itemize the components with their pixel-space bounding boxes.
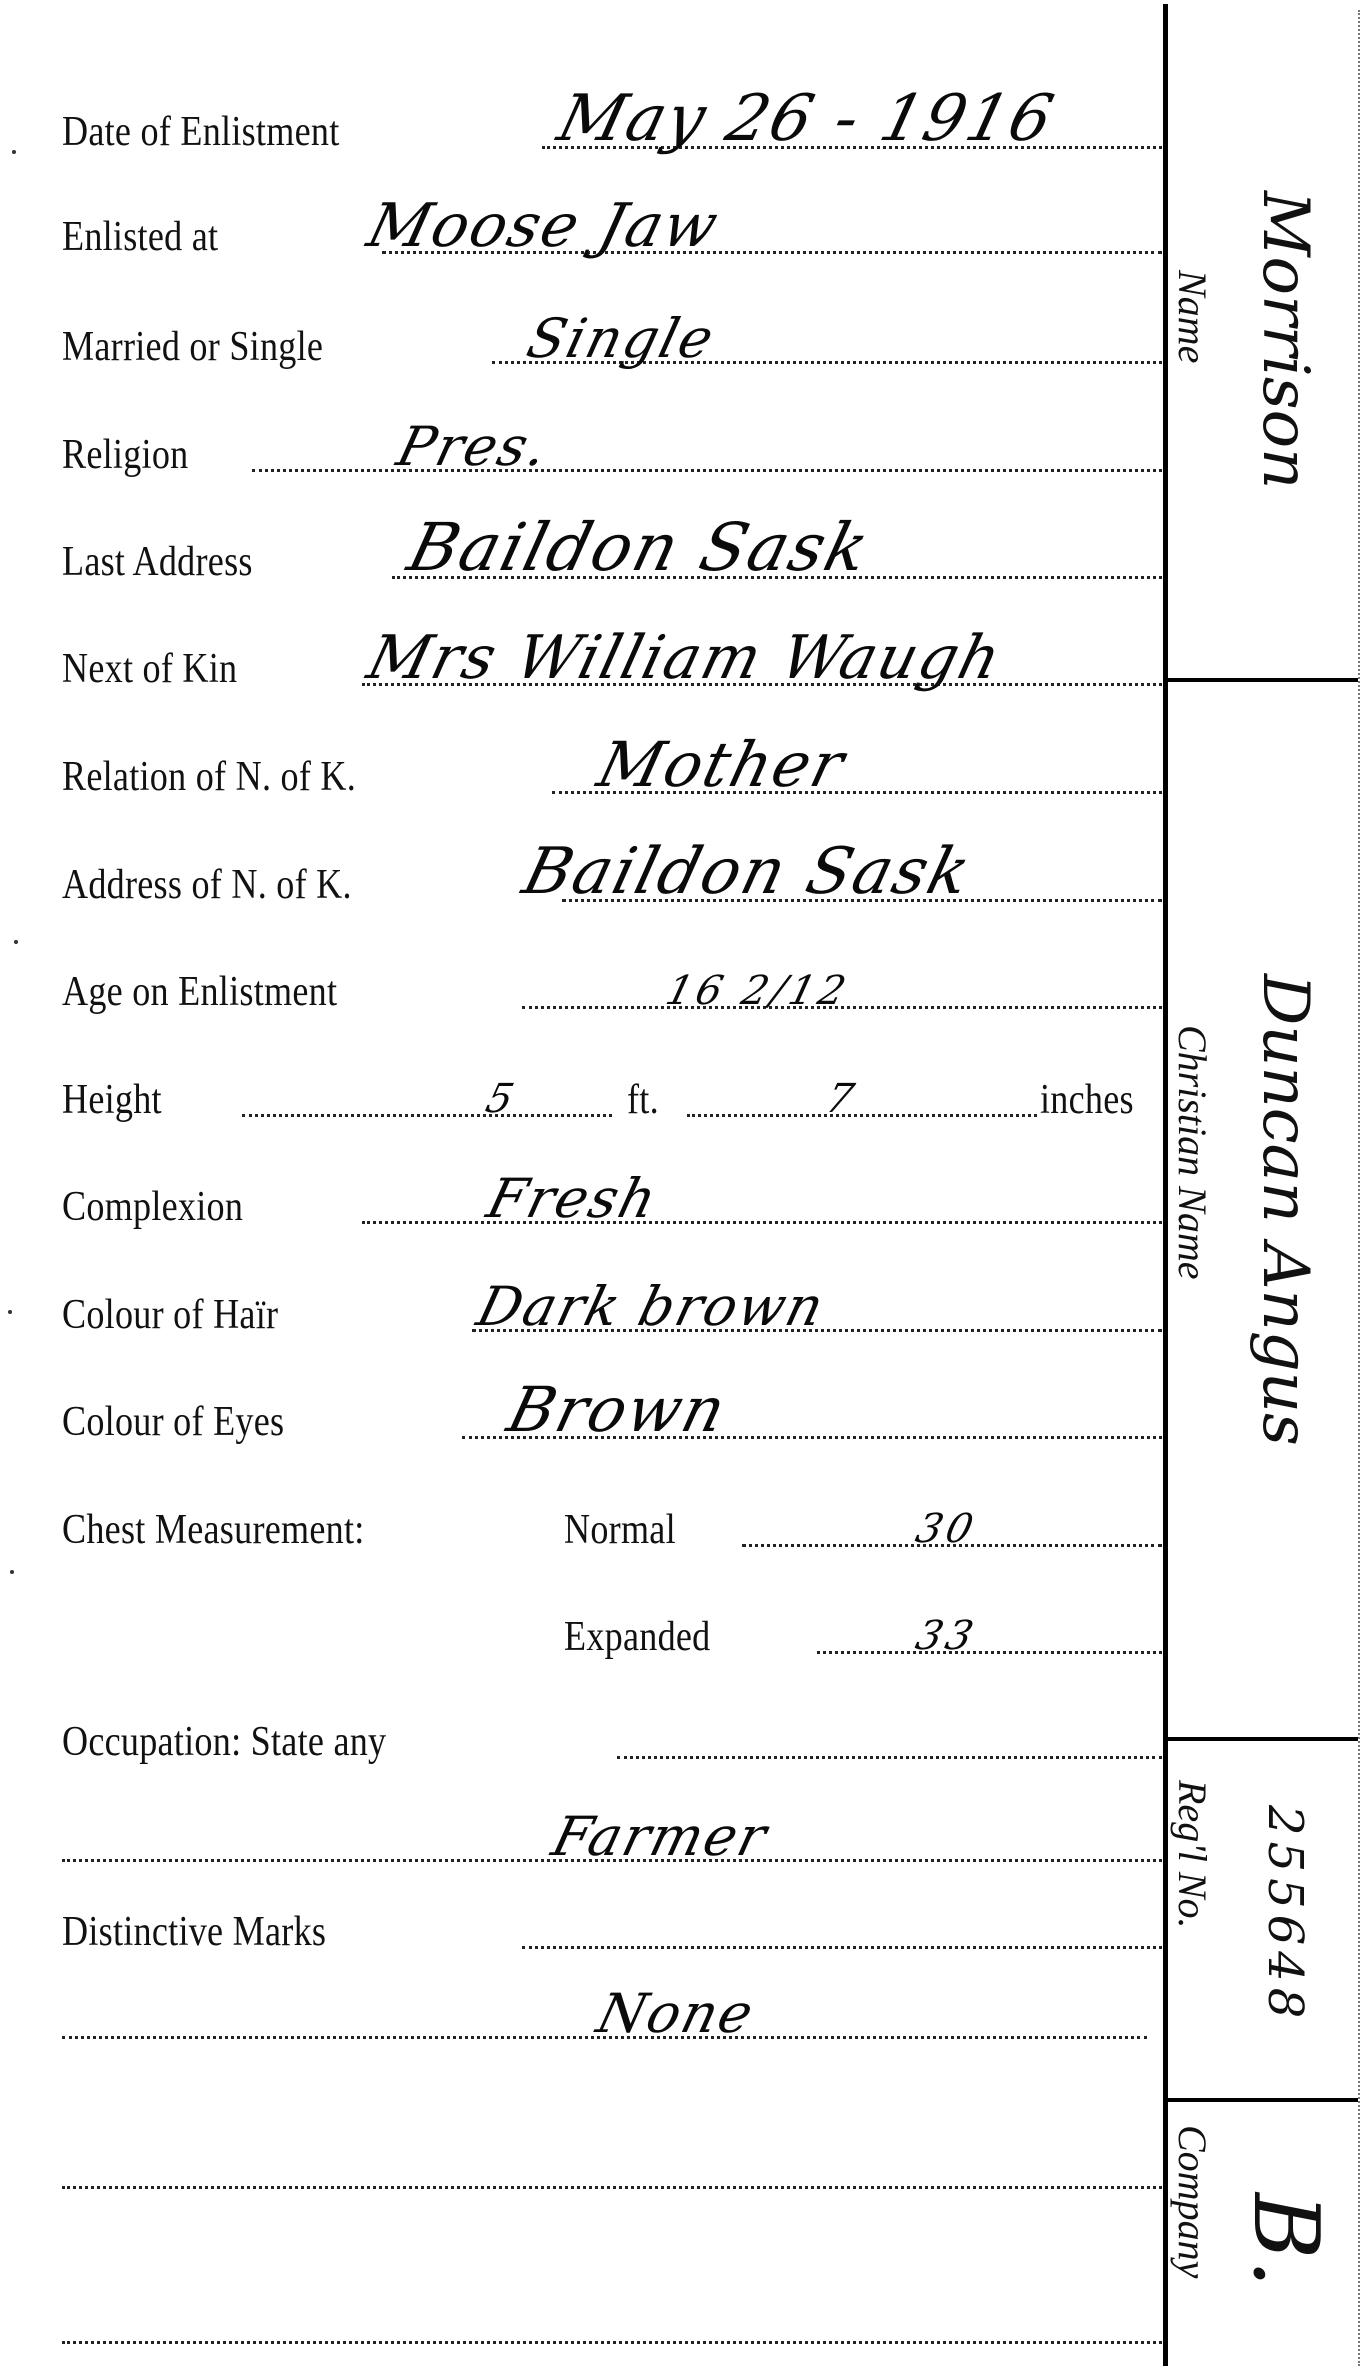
field-chest-normal: Chest Measurement: Normal 30 — [62, 1493, 1162, 1553]
side-regl-no-value: 255648 — [1230, 1745, 1340, 2085]
field-chest-expanded: Expanded 33 — [62, 1600, 1162, 1660]
field-value: Baildon Sask — [517, 840, 978, 904]
field-value: Pres. — [392, 420, 554, 474]
field-value: Mrs William Waugh — [362, 628, 1008, 688]
height-inches-value: 7 — [822, 1079, 861, 1119]
divider-name — [1168, 678, 1358, 682]
field-value: May 26 - 1916 — [552, 87, 1061, 151]
side-name-label: Name — [1172, 270, 1212, 470]
field-value: Single — [522, 312, 720, 366]
attestation-card: Date of Enlistment May 26 - 1916 Enliste… — [0, 0, 1370, 2366]
dotted-line-inches — [687, 1114, 1037, 1117]
field-next-of-kin: Next of Kin Mrs William Waugh — [62, 632, 1162, 692]
dotted-line — [62, 2186, 1162, 2189]
side-panel-border — [1163, 4, 1168, 2366]
field-distinctive-marks-label-row: Distinctive Marks — [62, 1895, 1162, 1955]
field-label: Religion — [62, 434, 188, 476]
field-age-on-enlistment: Age on Enlistment 16 2/12 — [62, 955, 1162, 1015]
field-occupation-label-row: Occupation: State any — [62, 1705, 1162, 1765]
chest-expanded-value: 33 — [912, 1616, 981, 1656]
field-label: Date of Enlistment — [62, 111, 339, 153]
chest-label: Chest Measurement: — [62, 1509, 365, 1551]
height-feet-value: 5 — [482, 1079, 521, 1119]
side-company-label: Company — [1172, 2125, 1212, 2365]
distinctive-marks-label: Distinctive Marks — [62, 1911, 326, 1953]
field-label: Colour of Eyes — [62, 1401, 284, 1443]
dotted-line — [817, 1651, 1162, 1654]
inches-unit-label: inches — [1040, 1079, 1134, 1121]
occupation-value: Farmer — [547, 1810, 773, 1864]
dotted-line — [252, 469, 1162, 472]
field-occupation-value-row: Farmer — [62, 1808, 1162, 1868]
field-label: Last Address — [62, 541, 253, 583]
field-address-of-nok: Address of N. of K. Baildon Sask — [62, 848, 1162, 908]
dotted-line — [617, 1756, 1162, 1759]
blank-line-2 — [62, 2290, 1162, 2350]
field-height: Height 5 ft. 7 inches — [62, 1063, 1162, 1123]
field-value: Dark brown — [472, 1280, 831, 1334]
blank-line-1 — [62, 2135, 1162, 2195]
field-label: Colour of Haïr — [62, 1294, 278, 1336]
field-enlisted-at: Enlisted at Moose Jaw — [62, 200, 1162, 260]
field-colour-of-hair: Colour of Haïr Dark brown — [62, 1278, 1162, 1338]
field-value: Brown — [502, 1379, 733, 1441]
field-relation-of-nok: Relation of N. of K. Mother — [62, 740, 1162, 800]
chest-expanded-label: Expanded — [564, 1616, 710, 1658]
field-label: Married or Single — [62, 326, 323, 368]
dotted-line-feet — [242, 1114, 612, 1117]
field-married-or-single: Married or Single Single — [62, 310, 1162, 370]
occupation-label: Occupation: State any — [62, 1721, 386, 1763]
field-value: Mother — [592, 734, 851, 796]
scan-speck — [8, 1310, 12, 1314]
field-label: Relation of N. of K. — [62, 756, 356, 798]
dotted-line — [522, 1946, 1162, 1949]
field-value: 16 2/12 — [662, 971, 853, 1011]
scan-speck — [12, 150, 16, 154]
feet-unit-label: ft. — [627, 1079, 659, 1121]
divider-christian-name — [1168, 1737, 1358, 1741]
field-label: Age on Enlistment — [62, 971, 337, 1013]
field-last-address: Last Address Baildon Sask — [62, 525, 1162, 585]
divider-regl-no — [1168, 2098, 1358, 2102]
side-christian-name-value: Duncan Angus — [1230, 700, 1340, 1720]
chest-normal-label: Normal — [564, 1509, 676, 1551]
field-value: Moose Jaw — [362, 196, 725, 256]
distinctive-marks-value: None — [592, 1987, 760, 2041]
field-value: Baildon Sask — [402, 515, 876, 581]
side-name-value: Morrison — [1230, 20, 1340, 660]
dotted-line — [62, 2341, 1162, 2344]
height-label: Height — [62, 1079, 162, 1121]
field-label: Enlisted at — [62, 216, 218, 258]
side-regl-no-label: Reg'l No. — [1172, 1780, 1212, 2000]
side-panel-edge — [1358, 10, 1360, 2366]
chest-normal-value: 30 — [912, 1509, 981, 1549]
field-religion: Religion Pres. — [62, 418, 1162, 478]
side-company-value: B. — [1230, 2130, 1340, 2350]
field-label: Next of Kin — [62, 648, 237, 690]
field-colour-of-eyes: Colour of Eyes Brown — [62, 1385, 1162, 1445]
field-value: Fresh — [482, 1172, 663, 1226]
scan-speck — [10, 1570, 14, 1574]
field-label: Complexion — [62, 1186, 243, 1228]
field-label: Address of N. of K. — [62, 864, 352, 906]
field-date-of-enlistment: Date of Enlistment May 26 - 1916 — [62, 95, 1162, 155]
field-complexion: Complexion Fresh — [62, 1170, 1162, 1230]
side-christian-name-label: Christian Name — [1172, 1025, 1212, 1425]
field-distinctive-marks-value-row: None — [62, 1985, 1162, 2045]
scan-speck — [14, 940, 18, 944]
